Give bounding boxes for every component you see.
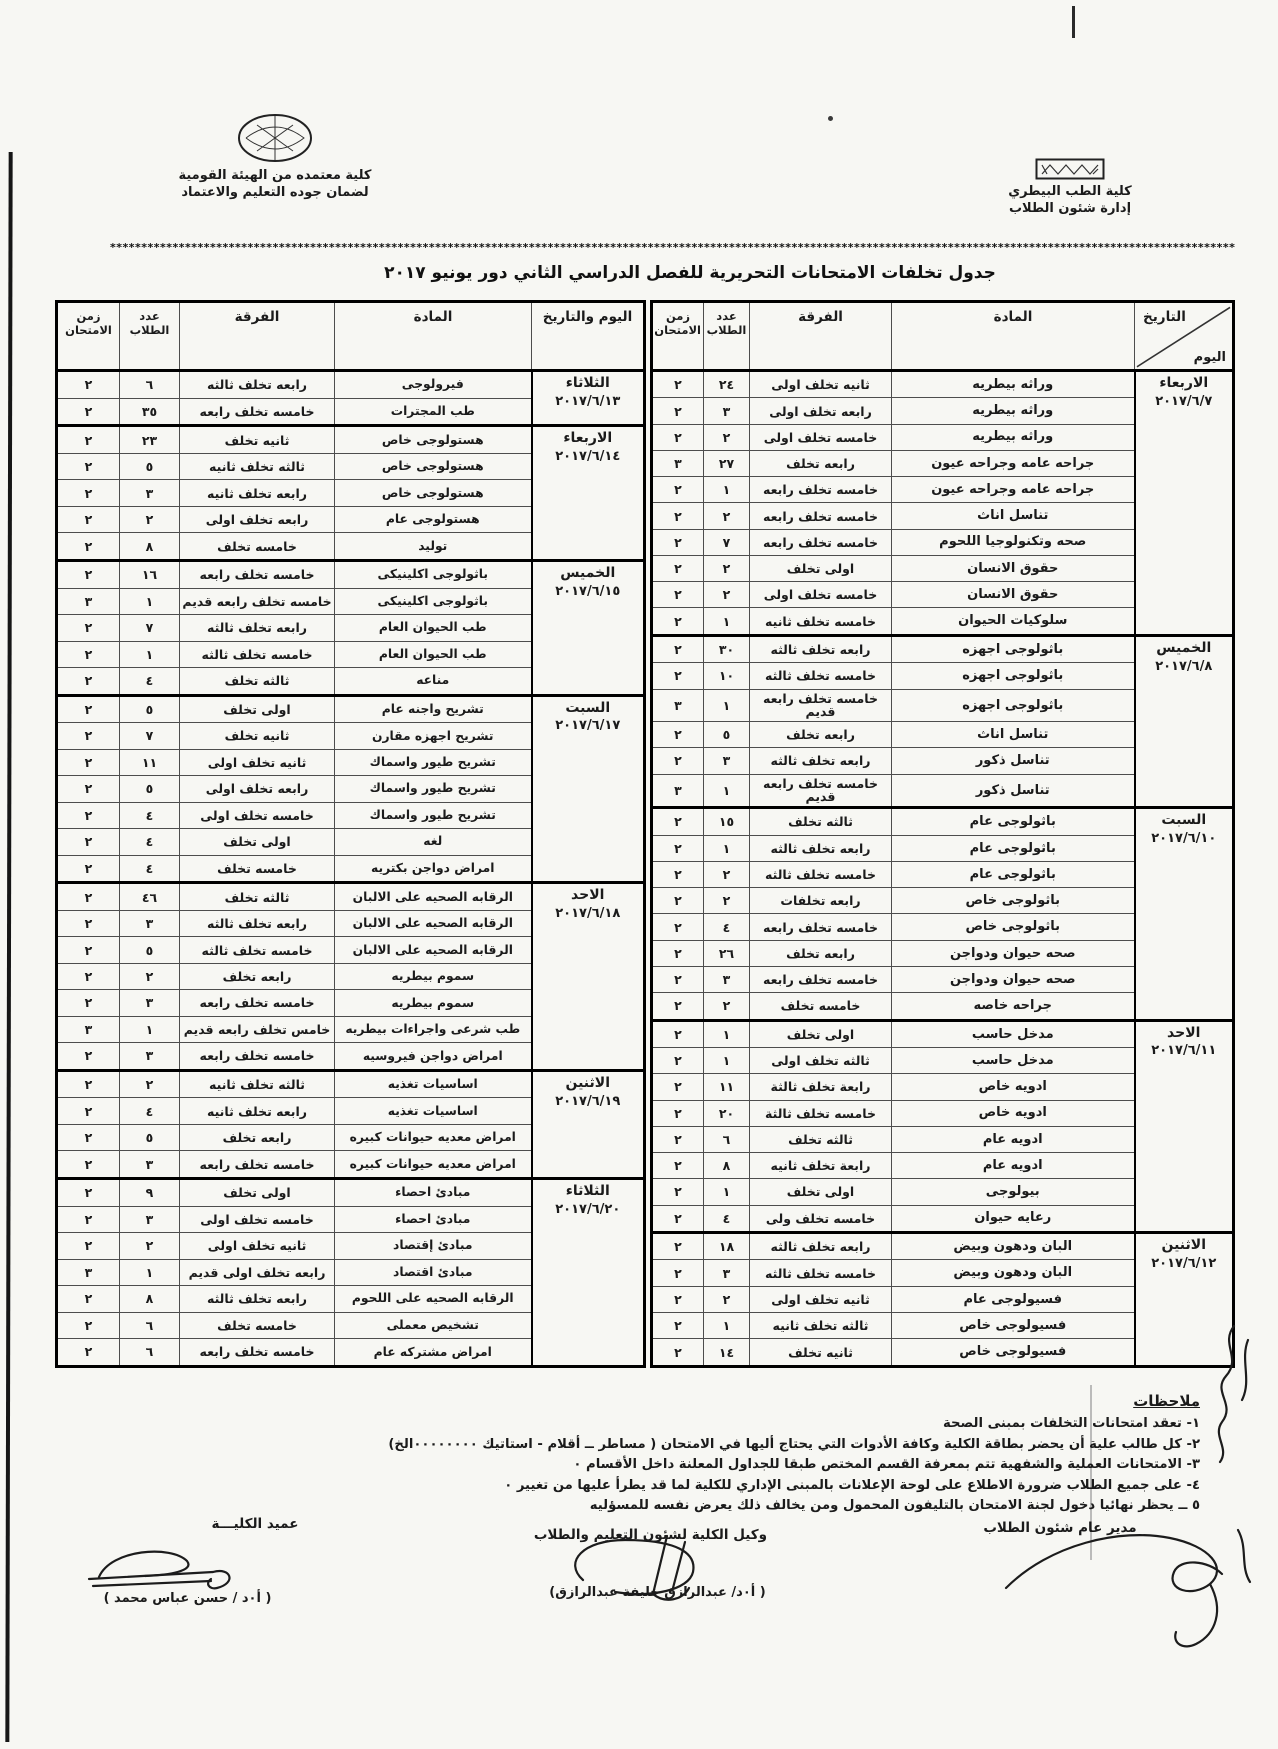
subject-cell: ادويه خاص <box>892 1100 1135 1126</box>
students-cell: ٢ <box>120 1070 180 1098</box>
college-line-2: إدارة شئون الطلاب <box>985 200 1155 217</box>
time-cell: ٢ <box>57 615 120 641</box>
veterinary-college-logo <box>1035 158 1105 180</box>
students-cell: ٢ <box>704 424 750 450</box>
students-cell: ٥ <box>120 1124 180 1150</box>
exam-row: الثلاثاء٢٠١٧/٦/١٣فيرولوجىرابعه تخلف ثالث… <box>57 371 645 399</box>
time-cell: ٢ <box>652 529 704 555</box>
exam-row: الاربعاء٢٠١٧/٦/٧وراثه بيطريهثانيه تخلف ا… <box>652 371 1234 398</box>
students-cell: ٧ <box>120 723 180 749</box>
date-label: ٢٠١٧/٦/١٤ <box>535 450 642 464</box>
subject-cell: هستولوجى خاص <box>335 480 532 506</box>
exam-row: الثلاثاء٢٠١٧/٦/٢٠مبادئ احصاءاولى تخلف٩٢ <box>57 1179 645 1207</box>
subject-cell: فسيولوجى خاص <box>892 1312 1135 1338</box>
subject-cell: جراحه عامه وجراحه عيون <box>892 450 1135 476</box>
grade-cell: خامس تخلف رابعه قديم <box>180 1016 335 1042</box>
time-cell: ٢ <box>652 808 704 835</box>
accreditation-line-1: كلية معتمده من الهيئة القومية <box>168 167 382 184</box>
note-item: ١- تعقد امتحانات التخلفات بمبنى الصحة <box>120 1414 1200 1435</box>
grade-cell: ثانيه تخلف اولى <box>180 1233 335 1259</box>
students-cell: ٤ <box>120 829 180 855</box>
grade-cell: ثالثه تخلف <box>180 668 335 696</box>
students-cell: ٢٠ <box>704 1100 750 1126</box>
time-cell: ٢ <box>652 993 704 1020</box>
students-cell: ٢ <box>704 582 750 608</box>
grade-cell: ثالثه تخلف <box>750 1126 892 1152</box>
time-cell: ٢ <box>652 1312 704 1338</box>
grade-cell: رابعة تخلف ثانيه <box>750 1153 892 1179</box>
time-cell: ٢ <box>57 453 120 479</box>
students-cell: ٢ <box>704 503 750 529</box>
time-cell: ٢ <box>57 723 120 749</box>
subject-cell: ادويه عام <box>892 1153 1135 1179</box>
grade-cell: رابعه تخلف <box>750 722 892 748</box>
subject-cell: وراثه بيطريه <box>892 424 1135 450</box>
subject-cell: تشريح واجنه عام <box>335 695 532 723</box>
time-header: زمن الامتحان <box>57 302 120 371</box>
subject-cell: فسيولوجى عام <box>892 1286 1135 1312</box>
students-cell: ١ <box>704 1020 750 1047</box>
time-cell: ٢ <box>57 883 120 911</box>
header-row: التاريخ اليوم المادة الفرقة عدد الطلاب ز… <box>652 302 1234 371</box>
date-cell: الاحد٢٠١٧/٦/١١ <box>1135 1020 1234 1232</box>
time-cell: ٢ <box>57 963 120 989</box>
time-cell: ٢ <box>57 1151 120 1179</box>
time-cell: ٢ <box>57 506 120 532</box>
day-label: الاربعاء <box>535 431 642 446</box>
time-cell: ٢ <box>57 1286 120 1312</box>
vice-dean-name: ( أ٠د/ عبدالرازق خليفة عبدالرازق) <box>535 1585 780 1600</box>
date-cell: الثلاثاء٢٠١٧/٦/٢٠ <box>532 1179 645 1367</box>
students-cell: ٢٧ <box>704 450 750 476</box>
subject-cell: سموم بيطريه <box>335 963 532 989</box>
date-label: ٢٠١٧/٦/١٢ <box>1138 1257 1231 1271</box>
time-cell: ٢ <box>652 503 704 529</box>
grade-cell: خامسه تخلف رابعه <box>180 398 335 426</box>
subject-cell: تناسل ذكور <box>892 774 1135 808</box>
students-cell: ١ <box>704 1312 750 1338</box>
accreditation-org-block: كلية معتمده من الهيئة القومية لضمان جوده… <box>168 112 382 201</box>
students-header: عدد الطلاب <box>704 302 750 371</box>
day-label: السبت <box>535 701 642 716</box>
grade-cell: اولى تخلف <box>180 1179 335 1207</box>
students-cell: ١٠ <box>704 663 750 689</box>
subject-cell: حقوق الانسان <box>892 582 1135 608</box>
students-cell: ١٥ <box>704 808 750 835</box>
time-cell: ٢ <box>57 1124 120 1150</box>
day-label: الثلاثاء <box>535 1184 642 1199</box>
stars-separator: ****************************************… <box>110 241 1235 254</box>
subject-cell: طب المجترات <box>335 398 532 426</box>
time-cell: ٢ <box>57 480 120 506</box>
subject-cell: صحه وتكنولوجيا اللحوم <box>892 529 1135 555</box>
grade-cell: خامسه تخلف ثالثة <box>750 1100 892 1126</box>
subject-cell: صحه حيوان ودواجن <box>892 940 1135 966</box>
students-cell: ٣ <box>120 1206 180 1232</box>
grade-cell: رابعه تخلف ثالثه <box>180 910 335 936</box>
grade-cell: رابعه تخلف <box>180 963 335 989</box>
grade-cell: ثانيه تخلف <box>750 1339 892 1367</box>
students-cell: ١ <box>704 608 750 635</box>
grade-cell: رابعه تخلف ثانيه <box>180 1098 335 1124</box>
students-cell: ١ <box>704 689 750 722</box>
grade-cell: خامسه تخلف ثالثه <box>180 641 335 667</box>
grade-cell: رابعه تخلف ثالثه <box>180 1286 335 1312</box>
time-cell: ٢ <box>652 1048 704 1074</box>
ink-dot-artifact <box>828 116 833 121</box>
date-cell: الاربعاء٢٠١٧/٦/١٤ <box>532 426 645 561</box>
time-cell: ٢ <box>652 424 704 450</box>
time-cell: ٢ <box>652 1260 704 1286</box>
day-label: الثلاثاء <box>535 376 642 391</box>
students-cell: ٤ <box>120 855 180 883</box>
date-label: ٢٠١٧/٦/١١ <box>1138 1044 1231 1058</box>
dean-role-label: عميد الكليـــة <box>205 1516 305 1532</box>
subject-cell: باثولوجى خاص <box>892 914 1135 940</box>
grade-header: الفرقة <box>180 302 335 371</box>
students-cell: ٧ <box>704 529 750 555</box>
time-cell: ٢ <box>652 398 704 424</box>
students-cell: ١١ <box>704 1074 750 1100</box>
day-label: الخميس <box>535 566 642 581</box>
students-cell: ٣ <box>120 1151 180 1179</box>
grade-cell: رابعه تخلف ثالثه <box>750 635 892 662</box>
students-cell: ٤ <box>120 1098 180 1124</box>
grade-cell: خامسه تخلف رابعه <box>180 560 335 588</box>
grade-cell: خامسه تخلف رابعه قديم <box>750 689 892 722</box>
students-cell: ٢ <box>704 555 750 581</box>
students-cell: ٢ <box>120 1233 180 1259</box>
note-item: ٤- على جميع الطلاب ضرورة الاطلاع على لوح… <box>120 1476 1200 1497</box>
grade-cell: رابعه تخلفات <box>750 888 892 914</box>
time-cell: ٣ <box>57 1016 120 1042</box>
students-cell: ٢٣ <box>120 426 180 454</box>
students-cell: ٣ <box>120 480 180 506</box>
time-cell: ٢ <box>652 966 704 992</box>
day-label: الاثنين <box>535 1076 642 1091</box>
grade-cell: خامسه تخلف رابعه قديم <box>180 588 335 614</box>
grade-cell: خامسه تخلف اولى <box>750 582 892 608</box>
date-cell: الاثنين٢٠١٧/٦/١٩ <box>532 1070 645 1178</box>
grade-cell: خامسه تخلف <box>750 993 892 1020</box>
grade-cell: رابعه تخلف ثالثه <box>180 615 335 641</box>
subject-cell: ادويه عام <box>892 1126 1135 1152</box>
grade-cell: خامسه تخلف ثانيه <box>750 608 892 635</box>
date-label: ٢٠١٧/٦/٢٠ <box>535 1203 642 1217</box>
scanned-exam-schedule-page: كلية معتمده من الهيئة القومية لضمان جوده… <box>0 0 1278 1749</box>
subject-cell: فسيولوجى خاص <box>892 1339 1135 1367</box>
subject-cell: هستولوجى عام <box>335 506 532 532</box>
notes-section: ملاحظات ١- تعقد امتحانات التخلفات بمبنى … <box>120 1392 1200 1517</box>
time-cell: ٢ <box>652 1233 704 1260</box>
subject-cell: مبادئ إقتصاد <box>335 1233 532 1259</box>
students-cell: ٦ <box>704 1126 750 1152</box>
grade-cell: خامسه تخلف رابعه <box>750 914 892 940</box>
time-cell: ٢ <box>57 1312 120 1338</box>
date-label: ٢٠١٧/٦/١٠ <box>1138 832 1231 846</box>
subject-cell: مبادئ احصاء <box>335 1179 532 1207</box>
grade-cell: خامسه تخلف اولى <box>180 802 335 828</box>
exam-row: الاربعاء٢٠١٧/٦/١٤هستولوجى خاصثانيه تخلف٢… <box>57 426 645 454</box>
students-cell: ٣٠ <box>704 635 750 662</box>
grade-cell: خامسه تخلف ثالثه <box>750 663 892 689</box>
students-cell: ٦ <box>120 371 180 399</box>
time-cell: ٢ <box>652 1020 704 1047</box>
time-cell: ٢ <box>652 555 704 581</box>
time-cell: ٢ <box>652 635 704 662</box>
day-header-label: اليوم <box>1194 350 1226 365</box>
time-cell: ٢ <box>652 861 704 887</box>
students-cell: ٣ <box>704 748 750 774</box>
grade-cell: ثالثه تخلف <box>180 883 335 911</box>
exam-row: السبت٢٠١٧/٦/١٧تشريح واجنه عاماولى تخلف٥٢ <box>57 695 645 723</box>
accreditation-authority-logo <box>236 112 314 164</box>
exam-row: الاحد٢٠١٧/٦/١١مدخل حاسباولى تخلف١٢ <box>652 1020 1234 1047</box>
time-cell: ٢ <box>57 560 120 588</box>
students-cell: ٢ <box>120 963 180 989</box>
grade-cell: خامسه تخلف رابعه <box>750 966 892 992</box>
time-cell: ٢ <box>652 914 704 940</box>
grade-cell: خامسه تخلف رابعه <box>180 1043 335 1071</box>
subject-cell: امراض دواجن فيروسيه <box>335 1043 532 1071</box>
students-cell: ٦ <box>120 1312 180 1338</box>
date-cell: الاحد٢٠١٧/٦/١٨ <box>532 883 645 1071</box>
grade-header: الفرقة <box>750 302 892 371</box>
time-header: زمن الامتحان <box>652 302 704 371</box>
students-cell: ٤ <box>704 1205 750 1232</box>
subject-cell: باثولوجى خاص <box>892 888 1135 914</box>
exam-table-week2: اليوم والتاريخ المادة الفرقة عدد الطلاب … <box>55 300 646 1368</box>
date-cell: الخميس٢٠١٧/٦/٨ <box>1135 635 1234 807</box>
grade-cell: خامسه تخلف رابعه <box>750 477 892 503</box>
time-cell: ٢ <box>652 371 704 398</box>
grade-cell: رابعه تخلف <box>750 940 892 966</box>
time-cell: ٢ <box>652 477 704 503</box>
day-label: الاحد <box>535 888 642 903</box>
subject-cell: الرقابه الصحيه على الالبان <box>335 937 532 963</box>
grade-cell: خامسه تخلف رابعه <box>180 1338 335 1366</box>
students-cell: ٢٦ <box>704 940 750 966</box>
grade-cell: خامسه تخلف رابعه <box>750 503 892 529</box>
scan-edge-artifact <box>5 152 12 1742</box>
exam-table-week1-container: التاريخ اليوم المادة الفرقة عدد الطلاب ز… <box>650 300 1232 1368</box>
grade-cell: ثالثه تخلف <box>750 808 892 835</box>
grade-cell: اولى تخلف <box>180 829 335 855</box>
grade-cell: رابعه تخلف اولى قديم <box>180 1259 335 1285</box>
grade-cell: ثالثه تخلف ثانيه <box>180 453 335 479</box>
students-cell: ١ <box>120 588 180 614</box>
grade-cell: رابعه تخلف اولى <box>180 506 335 532</box>
students-cell: ٧ <box>120 615 180 641</box>
students-cell: ٢ <box>704 888 750 914</box>
time-cell: ٣ <box>652 774 704 808</box>
students-cell: ٢٤ <box>704 371 750 398</box>
grade-cell: ثانيه تخلف <box>180 723 335 749</box>
grade-cell: ثانيه تخلف اولى <box>750 371 892 398</box>
students-cell: ٢ <box>704 993 750 1020</box>
date-header-label: التاريخ <box>1143 309 1186 325</box>
time-cell: ٢ <box>57 1098 120 1124</box>
day-label: الاحد <box>1138 1026 1231 1041</box>
students-cell: ٨ <box>120 1286 180 1312</box>
grade-cell: رابعه تخلف اولى <box>750 398 892 424</box>
subject-cell: باثولوجى اجهزه <box>892 689 1135 722</box>
students-cell: ٤ <box>120 668 180 696</box>
time-cell: ٢ <box>57 910 120 936</box>
subject-cell: البان ودهون وبيض <box>892 1233 1135 1260</box>
subject-cell: بيولوجى <box>892 1179 1135 1205</box>
grade-cell: اولى تخلف <box>750 555 892 581</box>
subject-cell: سلوكيات الحيوان <box>892 608 1135 635</box>
students-cell: ١ <box>704 774 750 808</box>
students-cell: ١ <box>704 1179 750 1205</box>
date-label: ٢٠١٧/٦/٧ <box>1138 395 1231 409</box>
time-cell: ٢ <box>652 1074 704 1100</box>
students-cell: ١ <box>120 1259 180 1285</box>
subject-cell: امراض مشتركه عام <box>335 1338 532 1366</box>
day-date-header: اليوم والتاريخ <box>532 302 645 371</box>
time-cell: ٢ <box>652 940 704 966</box>
time-cell: ٢ <box>57 802 120 828</box>
registrar-signature <box>1000 1522 1270 1667</box>
exam-row: الخميس٢٠١٧/٦/٨باثولوجى اجهزهرابعه تخلف ث… <box>652 635 1234 662</box>
grade-cell: اولى تخلف <box>750 1020 892 1047</box>
time-cell: ٢ <box>57 668 120 696</box>
students-cell: ٤٦ <box>120 883 180 911</box>
grade-cell: خامسه تخلف رابعه <box>750 529 892 555</box>
time-cell: ٢ <box>652 748 704 774</box>
grade-cell: ثانيه تخلف اولى <box>180 749 335 775</box>
time-cell: ٢ <box>57 855 120 883</box>
exam-row: الاحد٢٠١٧/٦/١٨الرقابه الصحيه على الالبان… <box>57 883 645 911</box>
grade-cell: رابعه تخلف ثالثه <box>180 371 335 399</box>
subject-cell: تناسل اناث <box>892 503 1135 529</box>
students-cell: ١ <box>704 835 750 861</box>
time-cell: ٣ <box>57 588 120 614</box>
grade-cell: خامسه تخلف ثالثه <box>750 861 892 887</box>
grade-cell: خامسه تخلف رابعه <box>180 1151 335 1179</box>
time-cell: ٢ <box>57 749 120 775</box>
grade-cell: رابعه تخلف ثالثه <box>750 1233 892 1260</box>
grade-cell: ثانيه تخلف اولى <box>750 1286 892 1312</box>
students-cell: ٣ <box>704 966 750 992</box>
time-cell: ٢ <box>57 1206 120 1232</box>
subject-cell: امراض معديه حيوانات كبيره <box>335 1124 532 1150</box>
grade-cell: ثالثه تخلف ثانيه <box>180 1070 335 1098</box>
date-label: ٢٠١٧/٦/١٥ <box>535 585 642 599</box>
grade-cell: ثالثه تخلف ثانيه <box>750 1312 892 1338</box>
students-cell: ٨ <box>120 533 180 561</box>
students-cell: ٢ <box>704 861 750 887</box>
grade-cell: رابعه تخلف <box>750 450 892 476</box>
subject-cell: توليد <box>335 533 532 561</box>
grade-cell: ثانيه تخلف <box>180 426 335 454</box>
students-header: عدد الطلاب <box>120 302 180 371</box>
subject-cell: مناعه <box>335 668 532 696</box>
time-cell: ٢ <box>652 1286 704 1312</box>
subject-cell: مدخل حاسب <box>892 1020 1135 1047</box>
subject-header: المادة <box>892 302 1135 371</box>
time-cell: ٢ <box>57 371 120 399</box>
students-cell: ٤ <box>704 914 750 940</box>
time-cell: ٢ <box>57 398 120 426</box>
subject-cell: مدخل حاسب <box>892 1048 1135 1074</box>
day-label: السبت <box>1138 813 1231 828</box>
date-day-header: التاريخ اليوم <box>1135 302 1234 371</box>
notes-title: ملاحظات <box>120 1392 1200 1410</box>
time-cell: ٢ <box>652 1179 704 1205</box>
grade-cell: خامسه تخلف ثالثه <box>750 1260 892 1286</box>
time-cell: ٢ <box>652 608 704 635</box>
subject-cell: الرقابه الصحيه على الالبان <box>335 883 532 911</box>
subject-cell: اساسيات تغذيه <box>335 1070 532 1098</box>
exam-table-week2-container: اليوم والتاريخ المادة الفرقة عدد الطلاب … <box>55 300 643 1368</box>
students-cell: ١١ <box>120 749 180 775</box>
dean-name: ( أ٠د / حسن عباس محمد ) <box>75 1591 300 1606</box>
subject-cell: باثولوجى عام <box>892 861 1135 887</box>
time-cell: ٢ <box>57 829 120 855</box>
subject-cell: صحه حيوان ودواجن <box>892 966 1135 992</box>
date-label: ٢٠١٧/٦/٨ <box>1138 660 1231 674</box>
header-row: اليوم والتاريخ المادة الفرقة عدد الطلاب … <box>57 302 645 371</box>
time-cell: ٢ <box>652 722 704 748</box>
date-label: ٢٠١٧/٦/١٩ <box>535 1095 642 1109</box>
grade-cell: خامسه تخلف رابعه قديم <box>750 774 892 808</box>
subject-cell: حقوق الانسان <box>892 555 1135 581</box>
subject-cell: ادويه خاص <box>892 1074 1135 1100</box>
day-label: الاربعاء <box>1138 376 1231 391</box>
time-cell: ٢ <box>57 990 120 1016</box>
exam-row: السبت٢٠١٧/٦/١٠باثولوجى عامثالثه تخلف١٥٢ <box>652 808 1234 835</box>
time-cell: ٢ <box>57 1338 120 1366</box>
time-cell: ٢ <box>652 1153 704 1179</box>
grade-cell: خامسه تخلف ثالثه <box>180 937 335 963</box>
subject-cell: طب شرعى واجراءات بيطريه <box>335 1016 532 1042</box>
subject-cell: تشخيص معملى <box>335 1312 532 1338</box>
time-cell: ٢ <box>57 426 120 454</box>
time-cell: ٢ <box>57 937 120 963</box>
subject-cell: تشريح طيور واسماك <box>335 802 532 828</box>
students-cell: ٢ <box>704 1286 750 1312</box>
day-label: الخميس <box>1138 641 1231 656</box>
subject-cell: تشريح اجهزه مقارن <box>335 723 532 749</box>
scan-tick-artifact <box>1072 6 1075 38</box>
time-cell: ٢ <box>57 1233 120 1259</box>
subject-cell: باثولوجى اكلينيكى <box>335 560 532 588</box>
students-cell: ٥ <box>120 776 180 802</box>
grade-cell: رابعه تخلف <box>180 1124 335 1150</box>
subject-cell: الرقابه الصحيه على اللحوم <box>335 1286 532 1312</box>
exam-row: الخميس٢٠١٧/٦/١٥باثولوجى اكلينيكىخامسه تخ… <box>57 560 645 588</box>
students-cell: ٣ <box>704 398 750 424</box>
date-cell: السبت٢٠١٧/٦/١٠ <box>1135 808 1234 1020</box>
time-cell: ٢ <box>57 1179 120 1207</box>
subject-cell: الرقابه الصحيه على الالبان <box>335 910 532 936</box>
time-cell: ٢ <box>57 1043 120 1071</box>
students-cell: ١٤ <box>704 1339 750 1367</box>
subject-cell: اساسيات تغذيه <box>335 1098 532 1124</box>
page-title: جدول تخلفات الامتحانات التحريرية للفصل ا… <box>340 263 1040 283</box>
subject-cell: هستولوجى خاص <box>335 426 532 454</box>
note-item: ٥ ــ يحظر نهائيا دخول لجنة الامتحان بالت… <box>120 1496 1200 1517</box>
accreditation-line-2: لضمان جوده التعليم والاعتماد <box>168 184 382 201</box>
time-cell: ٢ <box>652 1339 704 1367</box>
grade-cell: خامسه تخلف اولى <box>180 1206 335 1232</box>
students-cell: ٨ <box>704 1153 750 1179</box>
exam-row: الاثنين٢٠١٧/٦/١٢البان ودهون وبيضرابعه تخ… <box>652 1233 1234 1260</box>
grade-cell: ثالثه تخلف اولى <box>750 1048 892 1074</box>
subject-cell: باثولوجى عام <box>892 808 1135 835</box>
